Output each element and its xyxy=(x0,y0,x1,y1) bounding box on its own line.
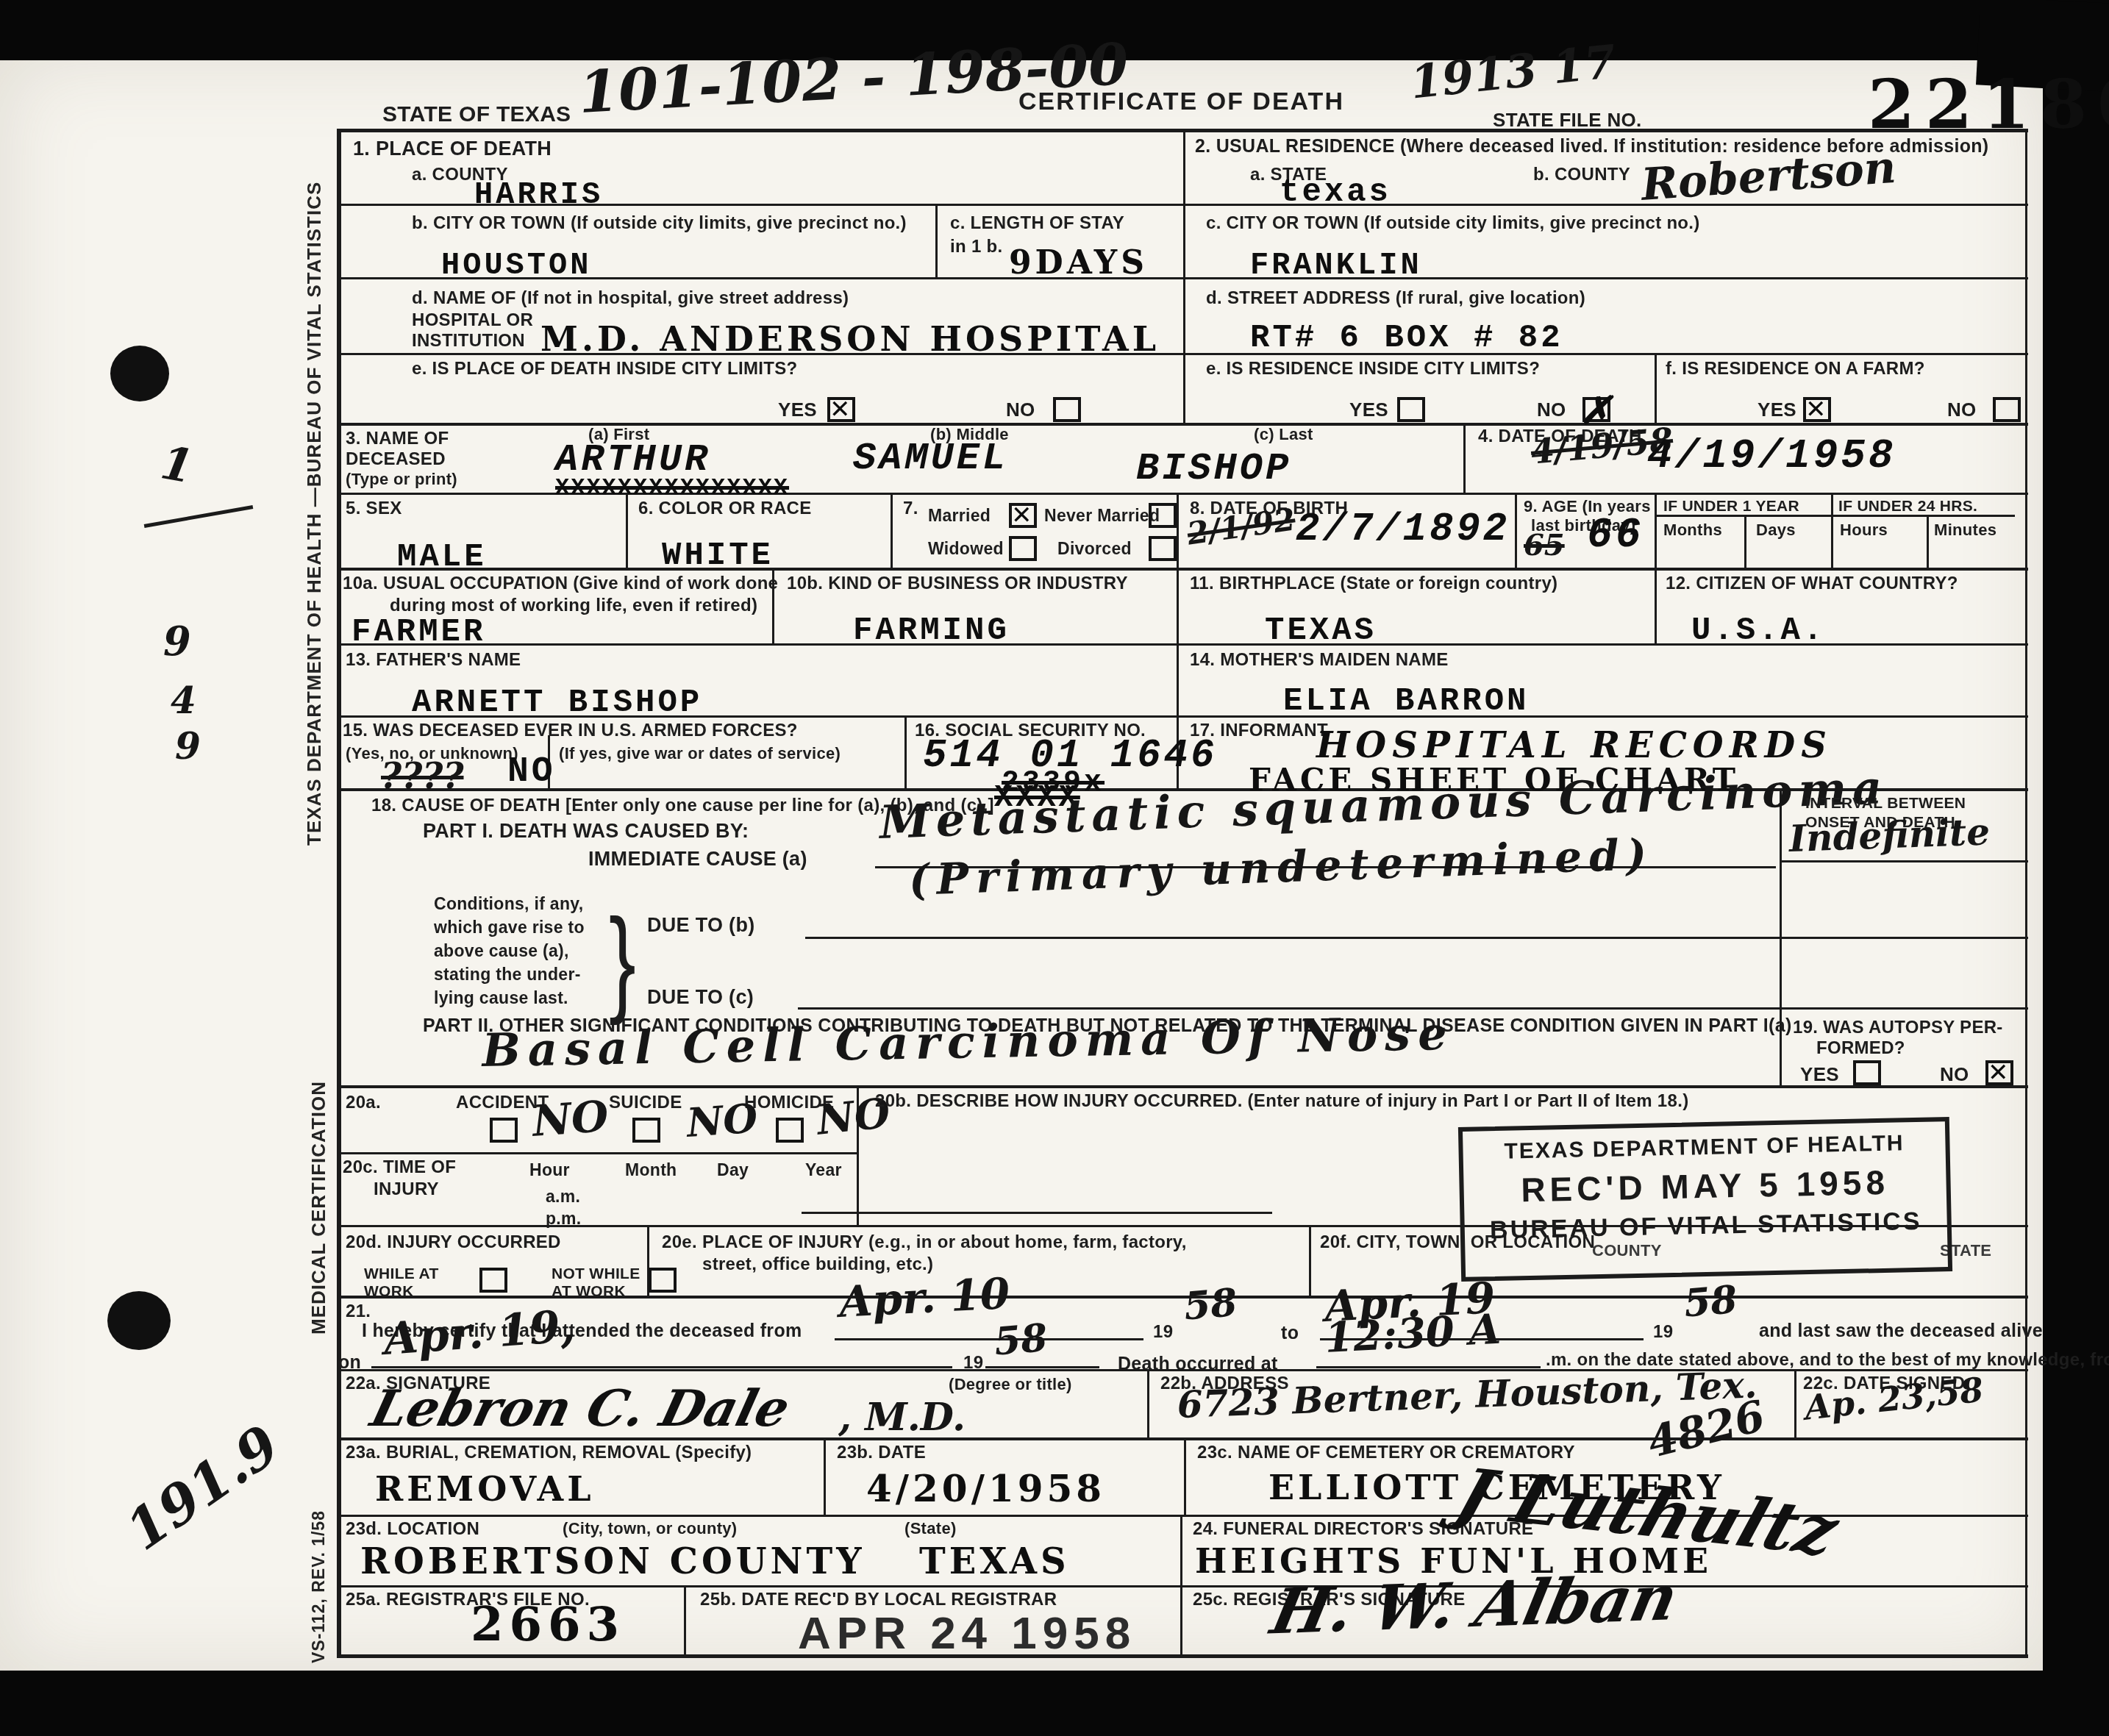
line xyxy=(337,568,2028,571)
mother-name-value: ELIA BARRON xyxy=(1283,685,1529,718)
side-department-text: TEXAS DEPARTMENT OF HEALTH —BUREAU OF VI… xyxy=(303,182,326,846)
death-limits-yes-checkbox xyxy=(827,397,855,422)
armed-forces-value: NO xyxy=(507,754,556,790)
while-at-work-label1: WHILE AT xyxy=(364,1265,439,1283)
location-label: 23d. LOCATION xyxy=(346,1519,479,1540)
length-of-stay-label2: in 1 b. xyxy=(950,237,1002,258)
death-limits-no-checkbox xyxy=(1053,397,1081,422)
printed-19-a: 19 xyxy=(1153,1322,1173,1343)
divider xyxy=(684,1585,686,1656)
residence-farm-label: f. IS RESIDENCE ON A FARM? xyxy=(1666,359,1925,380)
scan-edge-right xyxy=(2043,0,2109,1736)
race-label: 6. COLOR OR RACE xyxy=(638,499,811,520)
margin-mark: 9 xyxy=(175,728,201,765)
industry-value: FARMING xyxy=(853,615,1010,647)
printed-19-c: 19 xyxy=(963,1353,983,1374)
pm-label: p.m. xyxy=(546,1209,581,1229)
received-stamp: TEXAS DEPARTMENT OF HEALTH REC'D MAY 5 1… xyxy=(1458,1117,1952,1282)
form-border-right xyxy=(2025,129,2027,1657)
line xyxy=(337,1585,2028,1587)
deceased-title1: 3. NAME OF xyxy=(346,429,449,450)
deceased-title2: DECEASED xyxy=(346,449,446,471)
county-value: HARRIS xyxy=(474,179,603,210)
death-limits-no-label: NO xyxy=(1006,399,1035,421)
conditions-note1: Conditions, if any, xyxy=(434,894,583,915)
widowed-label: Widowed xyxy=(928,539,1004,560)
blank-line xyxy=(1316,1366,1541,1368)
under-1-year-label: IF UNDER 1 YEAR xyxy=(1663,497,1799,515)
while-at-work-checkbox xyxy=(479,1268,507,1293)
blank-line xyxy=(835,1338,1143,1340)
race-value: WHITE xyxy=(662,540,774,572)
minutes-label: Minutes xyxy=(1934,521,1996,540)
divider xyxy=(1655,568,1657,643)
informant-label: 17. INFORMANT xyxy=(1190,721,1328,742)
divider xyxy=(1794,1369,1796,1437)
place-of-injury-label2: street, office building, etc.) xyxy=(702,1254,933,1276)
form-border-bottom xyxy=(337,1654,2028,1658)
armed-forces-label: 15. WAS DECEASED EVER IN U.S. ARMED FORC… xyxy=(343,721,798,742)
item-20a-label: 20a. xyxy=(346,1093,381,1114)
conditions-note4: stating the under- xyxy=(434,965,581,985)
line xyxy=(337,1152,857,1154)
injury-occurred-label: 20d. INJURY OCCURRED xyxy=(346,1232,561,1254)
interval-value-hw: Indefinite xyxy=(1788,813,1991,857)
widowed-checkbox xyxy=(1009,536,1037,561)
length-of-stay-label: c. LENGTH OF STAY xyxy=(950,213,1124,235)
state-of-texas-label: STATE OF TEXAS xyxy=(382,101,571,128)
year-label: Year xyxy=(805,1160,842,1181)
describe-injury-label: 20b. DESCRIBE HOW INJURY OCCURRED. (Ente… xyxy=(875,1091,1688,1112)
citizen-value: U.S.A. xyxy=(1691,615,1825,647)
informant-value: HOSPITAL RECORDS xyxy=(1316,728,1833,763)
stamp-line1: TEXAS DEPARTMENT OF HEALTH xyxy=(1463,1130,1946,1165)
sex-value: MALE xyxy=(397,541,487,574)
mother-name-label: 14. MOTHER'S MAIDEN NAME xyxy=(1190,650,1449,671)
autopsy-label1: 19. WAS AUTOPSY PER- xyxy=(1793,1018,2003,1039)
year-58-b-hw: 58 xyxy=(1682,1281,1739,1324)
death-limits-yes-label: YES xyxy=(778,399,817,421)
city-label: b. CITY OR TOWN (If outside city limits,… xyxy=(412,213,907,235)
time-of-injury-label2: INJURY xyxy=(374,1179,439,1201)
date-received-stamp: APR 24 1958 xyxy=(798,1607,1136,1660)
middle-name-value: SAMUEL xyxy=(853,440,1008,478)
farm-yes-checkbox xyxy=(1803,397,1831,422)
stamp-line3: BUREAU OF VITAL STATISTICS xyxy=(1464,1207,1947,1246)
last-saw-date-hw: Apr. 19, xyxy=(382,1304,577,1362)
divider xyxy=(1831,493,1833,568)
divider xyxy=(1463,423,1466,493)
occupation-value: FARMER xyxy=(351,616,485,649)
divider xyxy=(626,493,628,568)
residence-county-label: b. COUNTY xyxy=(1533,165,1630,186)
residence-limits-yes-label: YES xyxy=(1349,399,1388,421)
residence-city-limits-label: e. IS RESIDENCE INSIDE CITY LIMITS? xyxy=(1206,359,1540,380)
autopsy-yes-label: YES xyxy=(1800,1063,1839,1086)
month-label: Month xyxy=(625,1160,677,1181)
divider xyxy=(1184,1437,1186,1515)
physician-degree-hw: , M.D. xyxy=(838,1399,966,1437)
conditions-brace: } xyxy=(609,891,636,1032)
suicide-checkbox xyxy=(632,1118,660,1143)
certify-text2: and last saw the deceased alive xyxy=(1759,1320,2043,1342)
physician-signature: Lebron C. Dale xyxy=(366,1384,794,1434)
farm-no-checkbox xyxy=(1993,397,2021,422)
scan-edge-bottom xyxy=(0,1671,2109,1736)
line xyxy=(337,1085,2028,1088)
autopsy-no-checkbox xyxy=(1985,1060,2013,1085)
line xyxy=(805,937,2028,939)
divider xyxy=(1147,1369,1149,1437)
margin-mark: 4 xyxy=(171,682,196,719)
farm-no-label: NO xyxy=(1947,399,1977,421)
location-sub2: (State) xyxy=(904,1519,957,1538)
hole-punch xyxy=(107,1291,171,1350)
name-struck-text: XXXXXXXXXXXXXXX xyxy=(555,476,789,500)
date-of-death-value: 4/19/1958 xyxy=(1647,435,1896,476)
divider xyxy=(1183,129,1185,423)
homicide-checkbox xyxy=(776,1118,804,1143)
certificate-title: CERTIFICATE OF DEATH xyxy=(1018,87,1344,117)
divider xyxy=(1780,788,1782,1085)
suicide-no-hw: NO xyxy=(685,1098,759,1143)
father-name-value: ARNETT BISHOP xyxy=(412,687,702,719)
under-24-hrs-label: IF UNDER 24 HRS. xyxy=(1838,497,1977,515)
autopsy-yes-checkbox xyxy=(1853,1060,1881,1085)
immediate-cause-label: IMMEDIATE CAUSE (a) xyxy=(588,847,807,871)
hospital-label: d. NAME OF (If not in hospital, give str… xyxy=(412,288,849,310)
day-label: Day xyxy=(717,1160,749,1181)
hospital-label2: HOSPITAL OR xyxy=(412,310,533,332)
conditions-note5: lying cause last. xyxy=(434,988,568,1009)
not-while-checkbox xyxy=(649,1268,677,1293)
birthplace-label: 11. BIRTHPLACE (State or foreign country… xyxy=(1190,574,1557,595)
due-to-b-label: DUE TO (b) xyxy=(647,913,755,937)
divider xyxy=(1309,1225,1311,1296)
due-to-c-label: DUE TO (c) xyxy=(647,985,754,1009)
divider xyxy=(1177,493,1179,568)
burial-date-value: 4/20/1958 xyxy=(866,1471,1105,1507)
divider xyxy=(1177,643,1179,715)
part1-label: PART I. DEATH WAS CAUSED BY: xyxy=(423,819,749,843)
hospital-value: M.D. ANDERSON HOSPITAL xyxy=(540,322,1160,356)
marital-label: 7. xyxy=(903,499,918,520)
divider xyxy=(824,1437,826,1515)
side-form-number: VS-112, REV. 1/58 xyxy=(309,1510,329,1663)
location-county-value: ROBERTSON COUNTY xyxy=(360,1544,865,1579)
not-while-label2: AT WORK xyxy=(552,1282,626,1301)
hole-punch xyxy=(110,346,169,401)
birthplace-value: TEXAS xyxy=(1265,615,1377,647)
occupation-label: 10a. USUAL OCCUPATION (Give kind of work… xyxy=(343,574,778,595)
while-at-work-label2: WORK xyxy=(364,1282,414,1301)
registrar-file-value: 2663 xyxy=(471,1601,625,1649)
interval-label1: INTERVAL BETWEEN xyxy=(1805,794,1966,812)
divider xyxy=(1180,1585,1182,1656)
industry-label: 10b. KIND OF BUSINESS OR INDUSTRY xyxy=(787,574,1128,595)
autopsy-no-label: NO xyxy=(1940,1063,1969,1086)
divorced-label: Divorced xyxy=(1057,539,1132,560)
divider xyxy=(1515,493,1517,568)
place-of-injury-label: 20e. PLACE OF INJURY (e.g., in or about … xyxy=(662,1232,1187,1254)
death-certificate-scan: 1 9 4 9 191.9 TEXAS DEPARTMENT OF HEALTH… xyxy=(0,0,2109,1736)
divider xyxy=(935,204,938,277)
father-name-label: 13. FATHER'S NAME xyxy=(346,650,521,671)
last-name-label: (c) Last xyxy=(1254,425,1313,444)
farm-yes-label: YES xyxy=(1757,399,1796,421)
hours-label: Hours xyxy=(1840,521,1888,540)
divider xyxy=(1927,515,1929,568)
days-label: Days xyxy=(1756,521,1796,540)
line xyxy=(802,1212,1272,1214)
armed-forces-sub2: (If yes, give war or dates of service) xyxy=(559,744,841,763)
age-struck: 65 xyxy=(1524,531,1565,560)
on-label: on xyxy=(338,1351,361,1374)
divider xyxy=(1744,515,1746,568)
accident-checkbox xyxy=(490,1118,518,1143)
residence-state-value: texas xyxy=(1280,176,1391,209)
married-label: Married xyxy=(928,506,991,526)
blank-line xyxy=(985,1366,1099,1368)
divider xyxy=(1180,1515,1182,1585)
degree-title-label: (Degree or title) xyxy=(949,1375,1072,1394)
never-married-checkbox xyxy=(1149,503,1177,528)
city-value: HOUSTON xyxy=(441,250,591,281)
accident-no-hw: NO xyxy=(531,1095,610,1143)
blank-line xyxy=(371,1366,952,1368)
deceased-title3: (Type or print) xyxy=(346,470,457,489)
place-of-death-title: 1. PLACE OF DEATH xyxy=(353,137,552,160)
divider xyxy=(1177,568,1179,643)
sex-label: 5. SEX xyxy=(346,499,402,520)
form-border-left xyxy=(337,129,341,1657)
burial-date-label: 23b. DATE xyxy=(837,1443,926,1464)
hospital-label3: INSTITUTION xyxy=(412,331,525,352)
divider xyxy=(1655,493,1657,568)
residence-limits-no-label: NO xyxy=(1537,399,1566,421)
residence-city-label: c. CITY OR TOWN (If outside city limits,… xyxy=(1206,213,1700,235)
registrar-signature: H. W. Alban xyxy=(1266,1567,1683,1643)
line xyxy=(1780,860,2028,862)
divorced-checkbox xyxy=(1149,536,1177,561)
to-label: to xyxy=(1281,1322,1299,1344)
line xyxy=(337,129,2028,132)
length-of-stay-value: 9DAYS xyxy=(1009,247,1148,279)
never-married-label: Never Married xyxy=(1044,506,1160,526)
married-checkbox xyxy=(1009,503,1037,528)
conditions-note2: which gave rise to xyxy=(434,918,585,938)
attended-from-hw: Apr. 10 xyxy=(838,1272,1011,1324)
stamp-line2: REC'D MAY 5 1958 xyxy=(1463,1161,1946,1211)
burial-value: REMOVAL xyxy=(375,1472,595,1506)
citizen-label: 12. CITIZEN OF WHAT COUNTRY? xyxy=(1666,574,1958,595)
year-58-c-hw: 58 xyxy=(993,1319,1049,1362)
autopsy-label2: FORMED? xyxy=(1816,1038,1905,1060)
date-of-birth-value: 2/7/1892 xyxy=(1296,510,1510,550)
printed-19-b: 19 xyxy=(1653,1322,1673,1343)
death-time-hw: 12:30 A xyxy=(1324,1308,1502,1358)
suicide-label: SUICIDE xyxy=(609,1093,682,1114)
location-state-value: TEXAS xyxy=(919,1544,1070,1579)
divider xyxy=(1655,353,1657,423)
death-city-limits-label: e. IS PLACE OF DEATH INSIDE CITY LIMITS? xyxy=(412,359,797,380)
divider xyxy=(904,715,907,788)
conditions-note3: above cause (a), xyxy=(434,941,569,962)
divider xyxy=(891,493,893,568)
hour-label: Hour xyxy=(529,1160,570,1181)
death-occurred-label: Death occurred at xyxy=(1118,1353,1278,1375)
residence-limits-no-checkbox xyxy=(1582,397,1610,422)
margin-mark: 9 xyxy=(163,621,191,661)
age-value: 66 xyxy=(1587,515,1644,557)
am-label: a.m. xyxy=(546,1187,580,1207)
location-sub1: (City, town, or county) xyxy=(563,1519,737,1538)
residence-city-value: FRANKLIN xyxy=(1250,250,1422,281)
not-while-label1: NOT WHILE xyxy=(552,1265,640,1283)
side-medical-certification-text: MEDICAL CERTIFICATION xyxy=(307,1081,330,1335)
street-address-value: RT# 6 BOX # 82 xyxy=(1250,322,1563,354)
year-58-a-hw: 58 xyxy=(1182,1284,1239,1326)
months-label: Months xyxy=(1663,521,1722,540)
street-address-label: d. STREET ADDRESS (If rural, give locati… xyxy=(1206,288,1585,310)
residence-limits-yes-checkbox xyxy=(1397,397,1425,422)
time-of-injury-label1: 20c. TIME OF xyxy=(343,1157,456,1179)
armed-forces-struck: ???? xyxy=(381,759,464,794)
last-name-value: BISHOP xyxy=(1136,450,1291,488)
burial-label: 23a. BURIAL, CREMATION, REMOVAL (Specify… xyxy=(346,1443,752,1464)
